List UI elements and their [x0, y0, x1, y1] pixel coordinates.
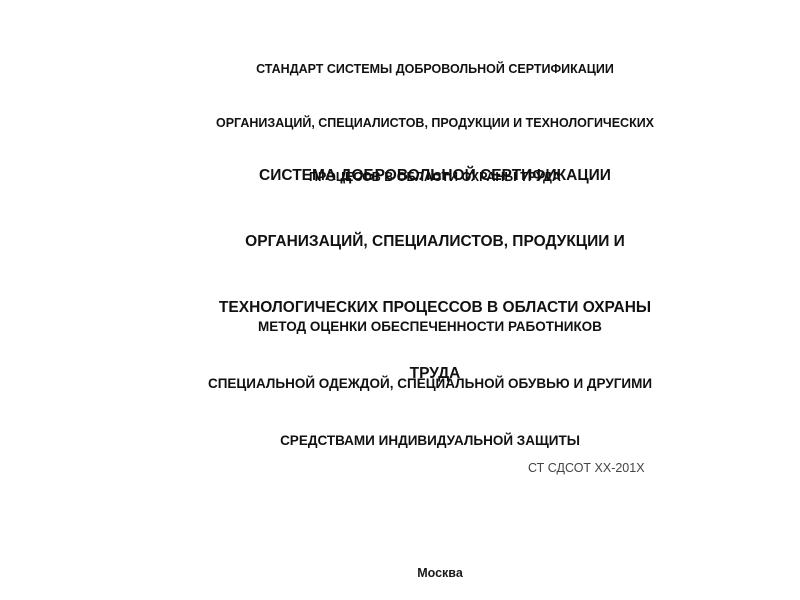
method-title-line: СПЕЦИАЛЬНОЙ ОДЕЖДОЙ, СПЕЦИАЛЬНОЙ ОБУВЬЮ …	[160, 374, 700, 393]
city: Москва	[380, 566, 500, 580]
method-title: МЕТОД ОЦЕНКИ ОБЕСПЕЧЕННОСТИ РАБОТНИКОВ С…	[160, 279, 700, 469]
system-title-line: ОРГАНИЗАЦИЙ, СПЕЦИАЛИСТОВ, ПРОДУКЦИИ И	[170, 231, 700, 253]
standard-header-line: СТАНДАРТ СИСТЕМЫ ДОБРОВОЛЬНОЙ СЕРТИФИКАЦ…	[170, 60, 700, 78]
method-title-line: СРЕДСТВАМИ ИНДИВИДУАЛЬНОЙ ЗАЩИТЫ	[160, 431, 700, 450]
method-title-line: МЕТОД ОЦЕНКИ ОБЕСПЕЧЕННОСТИ РАБОТНИКОВ	[160, 317, 700, 336]
system-title-line: СИСТЕМА ДОБРОВОЛЬНОЙ СЕРТИФИКАЦИИ	[170, 165, 700, 187]
document-code: СТ СДСОТ ХХ-201Х	[528, 461, 645, 475]
